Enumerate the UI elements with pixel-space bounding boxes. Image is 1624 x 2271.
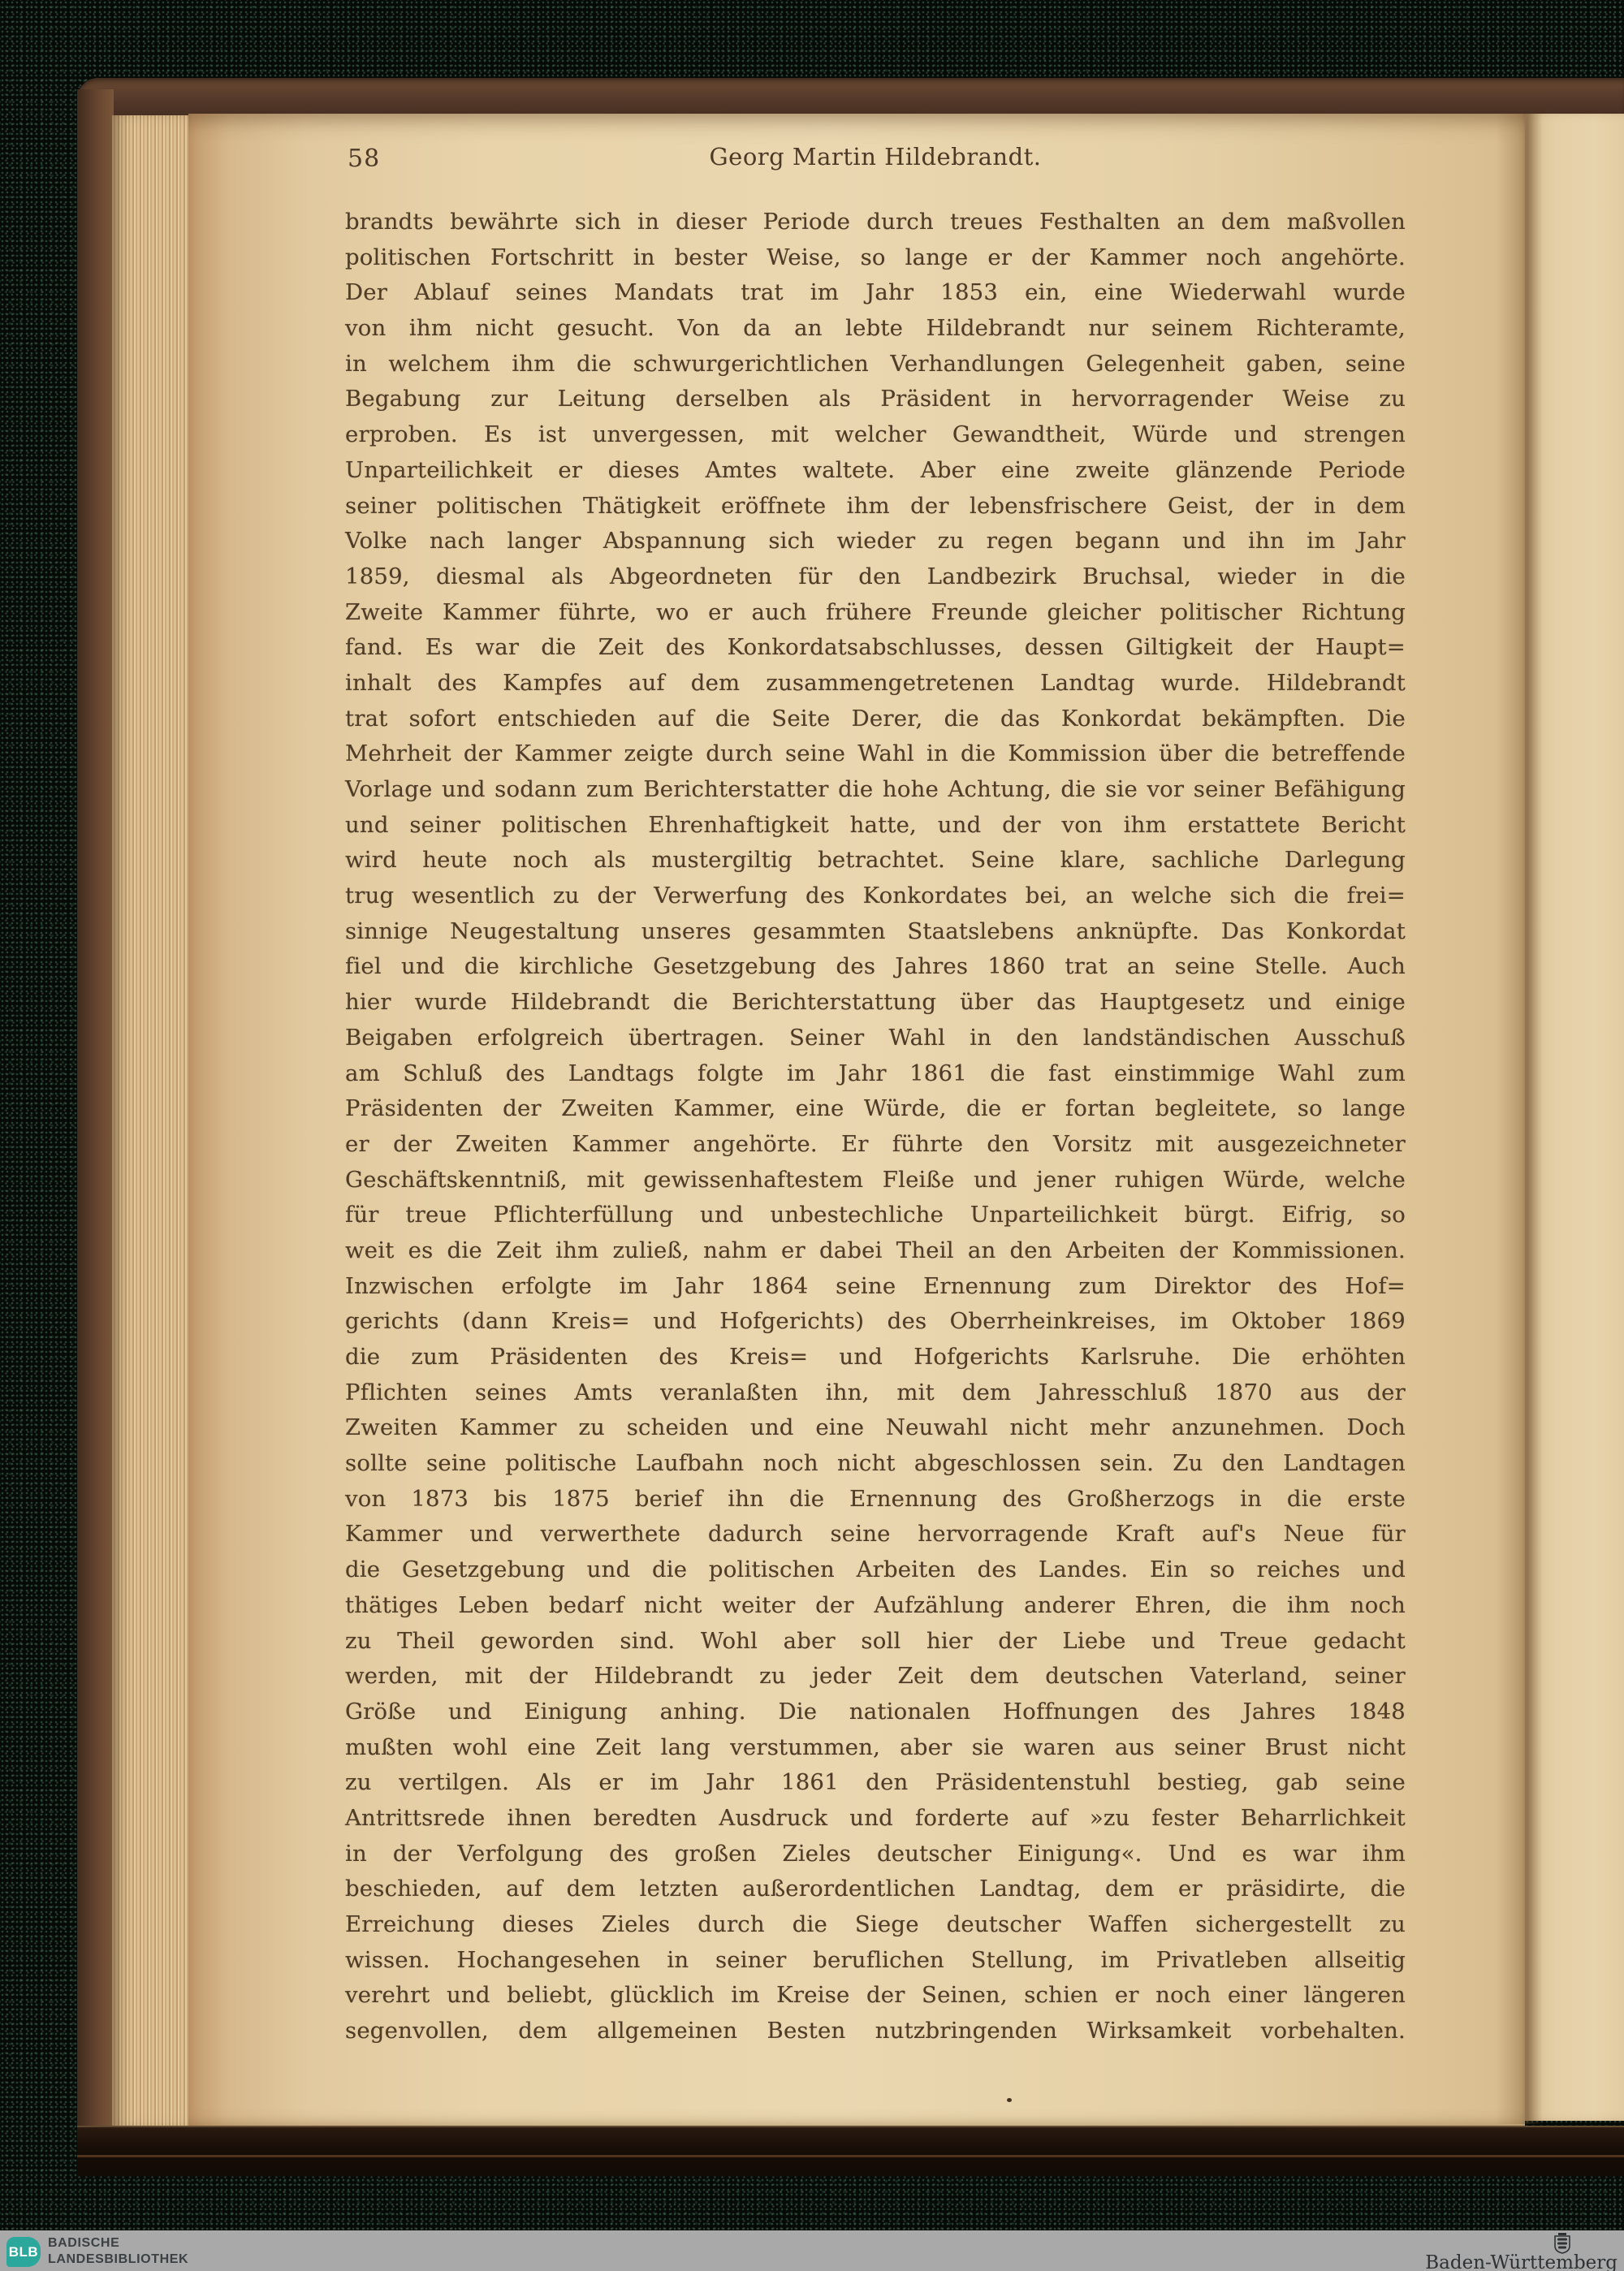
state-name: Baden-Württemberg — [1425, 2252, 1618, 2271]
running-head: 58 Georg Martin Hildebrandt. — [345, 143, 1406, 179]
text-line: Pflichten seines Amts veranlaßten ihn, m… — [345, 1375, 1406, 1411]
text-line: weit es die Zeit ihm zuließ, nahm er dab… — [345, 1233, 1406, 1269]
text-line: brandts bewährte sich in dieser Periode … — [345, 205, 1406, 240]
text-line: er der Zweiten Kammer angehörte. Er führ… — [345, 1127, 1406, 1163]
text-line: trug wesentlich zu der Verwerfung des Ko… — [345, 879, 1406, 914]
running-title: Georg Martin Hildebrandt. — [345, 143, 1406, 171]
text-line: werden, mit der Hildebrandt zu jeder Zei… — [345, 1659, 1406, 1695]
scan-viewer: { "scan": { "page_number": "58", "runnin… — [0, 0, 1624, 2271]
text-line: inhalt des Kampfes auf dem zusammengetre… — [345, 666, 1406, 702]
book-cover-top-edge — [77, 78, 1624, 117]
blb-logo-icon: BLB — [6, 2237, 41, 2267]
text-line: Unparteilichkeit er dieses Amtes waltete… — [345, 453, 1406, 489]
text-line: beschieden, auf dem letzten außerordentl… — [345, 1872, 1406, 1907]
page-stack-fore-edge — [112, 115, 189, 2127]
text-line: Größe und Einigung anhing. Die nationale… — [345, 1695, 1406, 1730]
text-line: Begabung zur Leitung derselben als Präsi… — [345, 382, 1406, 417]
text-line: in der Verfolgung des großen Zieles deut… — [345, 1837, 1406, 1872]
text-line: erproben. Es ist unvergessen, mit welche… — [345, 417, 1406, 453]
coat-of-arms-icon — [1553, 2233, 1572, 2254]
text-line: Erreichung dieses Zieles durch die Siege… — [345, 1907, 1406, 1943]
footer-bar: BLB BADISCHE LANDESBIBLIOTHEK Baden-Würt… — [0, 2230, 1624, 2271]
text-line: Präsidenten der Zweiten Kammer, eine Wür… — [345, 1091, 1406, 1127]
book-cover-left-edge — [77, 89, 114, 2173]
text-line: Zweite Kammer führte, wo er auch frühere… — [345, 595, 1406, 631]
text-line: verehrt und beliebt, glücklich im Kreise… — [345, 1978, 1406, 2014]
text-line: am Schluß des Landtags folgte im Jahr 18… — [345, 1056, 1406, 1092]
text-line: 1859, diesmal als Abgeordneten für den L… — [345, 559, 1406, 595]
text-line: von 1873 bis 1875 berief ihn die Ernennu… — [345, 1482, 1406, 1518]
text-line: für treue Pflichterfüllung und unbestech… — [345, 1198, 1406, 1233]
text-line: wird heute noch als mustergiltig betrach… — [345, 843, 1406, 879]
text-line: sinnige Neugestaltung unseres gesammten … — [345, 914, 1406, 950]
text-line: zu vertilgen. Als er im Jahr 1861 den Pr… — [345, 1765, 1406, 1801]
text-line: und seiner politischen Ehrenhaftigkeit h… — [345, 808, 1406, 844]
text-line: fiel und die kirchliche Gesetzgebung des… — [345, 949, 1406, 985]
text-line: politischen Fortschritt in bester Weise,… — [345, 240, 1406, 276]
text-line: trat sofort entschieden auf die Seite De… — [345, 702, 1406, 737]
text-line: Antrittsrede ihnen beredten Ausdruck und… — [345, 1801, 1406, 1837]
ink-speck — [1007, 2098, 1012, 2102]
body-text: brandts bewährte sich in dieser Periode … — [345, 205, 1406, 2049]
text-line: Der Ablauf seines Mandats trat im Jahr 1… — [345, 275, 1406, 311]
text-line: seiner politischen Thätigkeit eröffnete … — [345, 489, 1406, 525]
library-name-line1: BADISCHE — [48, 2235, 188, 2252]
text-line: segenvollen, dem allgemeinen Besten nutz… — [345, 2014, 1406, 2049]
text-line: fand. Es war die Zeit des Konkordatsabsc… — [345, 630, 1406, 666]
text-line: Zweiten Kammer zu scheiden und eine Neuw… — [345, 1410, 1406, 1446]
text-line: die zum Präsidenten des Kreis= und Hofge… — [345, 1340, 1406, 1375]
text-line: Geschäftskenntniß, mit gewissenhaftestem… — [345, 1163, 1406, 1198]
blb-logo-text: BLB — [9, 2244, 38, 2260]
text-line: Inzwischen erfolgte im Jahr 1864 seine E… — [345, 1269, 1406, 1305]
book-cover-bottom-edge — [77, 2126, 1624, 2176]
library-name: BADISCHE LANDESBIBLIOTHEK — [48, 2235, 188, 2268]
text-line: sollte seine politische Laufbahn noch ni… — [345, 1446, 1406, 1482]
text-line: Vorlage und sodann zum Berichterstatter … — [345, 772, 1406, 808]
text-line: gerichts (dann Kreis= und Hofgerichts) d… — [345, 1304, 1406, 1340]
text-line: in welchem ihm die schwurgerichtlichen V… — [345, 347, 1406, 382]
text-line: von ihm nicht gesucht. Von da an lebte H… — [345, 311, 1406, 347]
text-line: Mehrheit der Kammer zeigte durch seine W… — [345, 736, 1406, 772]
text-line: Beigaben erfolgreich übertragen. Seiner … — [345, 1021, 1406, 1056]
text-line: zu Theil geworden sind. Wohl aber soll h… — [345, 1624, 1406, 1660]
text-line: die Gesetzgebung und die politischen Arb… — [345, 1552, 1406, 1588]
text-line: wissen. Hochangesehen in seiner beruflic… — [345, 1943, 1406, 1979]
cover-bottom-highlight — [77, 2155, 1624, 2157]
text-line: mußten wohl eine Zeit lang verstummen, a… — [345, 1730, 1406, 1766]
text-line: hier wurde Hildebrandt die Berichterstat… — [345, 985, 1406, 1021]
text-line: Kammer und verwerthete dadurch seine her… — [345, 1517, 1406, 1552]
text-line: thätiges Leben bedarf nicht weiter der A… — [345, 1588, 1406, 1624]
page-gutter-fold — [1496, 114, 1543, 2124]
library-name-line2: LANDESBIBLIOTHEK — [48, 2252, 188, 2268]
scanned-text-area: 58 Georg Martin Hildebrandt. brandts bew… — [345, 143, 1406, 179]
text-line: Volke nach langer Abspannung sich wieder… — [345, 524, 1406, 559]
